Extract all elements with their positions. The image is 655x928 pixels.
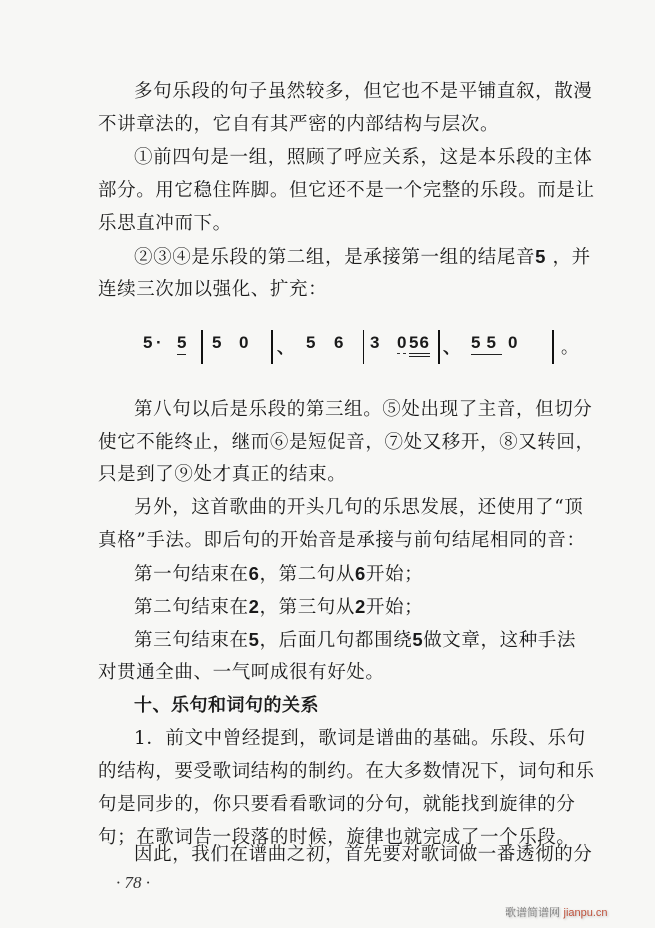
text-line: 第八句以后是乐段的第三组。⑤处出现了主音，但切分: [134, 398, 598, 422]
note-number: 6: [355, 563, 366, 584]
note: 5: [306, 333, 315, 353]
watermark-text: 歌谱简谱网: [505, 906, 560, 919]
text-fragment: 做文章，这种手法: [423, 630, 576, 651]
text-fragment: ，并: [546, 247, 591, 268]
text-line: 多句乐段的句子虽然较多，但它也不是平铺直叙，散漫: [134, 80, 598, 104]
text-fragment: 前文中曾经提到，歌词是谱曲的基础。乐段、乐句: [165, 728, 585, 749]
bar-line: [438, 330, 440, 364]
text-fragment: 开始；: [366, 564, 423, 585]
note-number: 2: [249, 596, 260, 617]
book-page: 多句乐段的句子虽然较多，但它也不是平铺直叙，散漫 不讲章法的，它自有其严密的内部…: [0, 0, 655, 928]
watermark: 歌谱简谱网 jianpu.cn: [505, 904, 608, 920]
full-stop: 。: [561, 333, 578, 358]
text-line: 另外，这首歌曲的开头几句的乐思发展，还使用了“顶: [134, 496, 598, 520]
text-line: 第二句结束在2，第三句从2开始；: [134, 595, 598, 620]
pause-mark: 、: [443, 333, 460, 358]
bar-line: [201, 330, 203, 364]
note: 0: [508, 333, 517, 353]
text-line: 第一句结束在6，第二句从6开始；: [134, 562, 598, 587]
note-number: 5: [412, 629, 423, 650]
text-fragment: 第二句结束在: [134, 597, 249, 618]
watermark-site: jianpu.cn: [564, 907, 608, 919]
text-line: 使它不能终止，继而⑥是短促音，⑦处又移开，⑧又转回，: [98, 431, 598, 455]
text-line: 真格”手法。即后句的开始音是承接与前句结尾相同的音：: [98, 529, 598, 553]
text-fragment: 第一句结束在: [134, 564, 249, 585]
text-fragment: ，第二句从: [260, 564, 356, 585]
note-underlined: 55: [471, 333, 502, 355]
text-line: ①前四句是一组，照顾了呼应关系，这是本乐段的主体: [134, 146, 598, 170]
note: 5: [212, 333, 221, 353]
text-line: 只是到了⑨处才真正的结束。: [98, 463, 598, 487]
text-fragment: 开始；: [366, 597, 423, 618]
note: 3: [370, 333, 379, 353]
note-underlined: 0: [397, 333, 406, 354]
jianpu-notation: 5 · 5 5 0 、 5 6 3 0 56 、 55 0 。: [143, 330, 583, 370]
text-line: 乐思直冲而下。: [98, 212, 598, 236]
note-number: 5: [249, 629, 260, 650]
text-fragment: 第三句结束在: [134, 630, 249, 651]
text-line: 不讲章法的，它自有其严密的内部结构与层次。: [98, 113, 598, 137]
list-number: 1．: [134, 728, 165, 749]
page-number: · 78 ·: [116, 873, 150, 893]
bar-line: [363, 330, 364, 364]
text-line: 1．前文中曾经提到，歌词是谱曲的基础。乐段、乐句: [134, 727, 598, 751]
section-heading: 十、乐句和词句的关系: [134, 694, 598, 718]
note-number: 5: [535, 246, 546, 267]
text-fragment: ②③④是乐段的第二组，是承接第一组的结尾音: [134, 247, 535, 268]
text-line: ②③④是乐段的第二组，是承接第一组的结尾音5 ，并: [134, 245, 598, 270]
note: 6: [334, 333, 343, 353]
note-underlined: 5: [177, 333, 186, 355]
text-line: 第三句结束在5，后面几句都围绕5做文章，这种手法: [134, 628, 598, 653]
text-fragment: ，后面几句都围绕: [260, 630, 413, 651]
text-line: 句是同步的，你只要看看歌词的分句，就能找到旋律的分: [98, 793, 598, 817]
bar-line: [271, 330, 273, 364]
note-double-underlined: 56: [409, 333, 430, 357]
note-number: 2: [355, 596, 366, 617]
text-line: 因此，我们在谱曲之初，首先要对歌词做一番透彻的分: [134, 843, 598, 867]
text-line: 部分。用它稳住阵脚。但它还不是一个完整的乐段。而是让: [98, 179, 598, 203]
bar-line: [552, 330, 554, 364]
pause-mark: 、: [277, 333, 294, 358]
text-line: 的结构，要受歌词结构的制约。在大多数情况下，词句和乐: [98, 760, 598, 784]
text-fragment: ，第三句从: [260, 597, 356, 618]
dot: ·: [156, 333, 162, 353]
note-number: 6: [249, 563, 260, 584]
text-line: 对贯通全曲、一气呵成很有好处。: [98, 661, 598, 685]
text-line: 连续三次加以强化、扩充：: [98, 278, 598, 302]
note: 0: [239, 333, 248, 353]
note: 5: [143, 333, 152, 353]
